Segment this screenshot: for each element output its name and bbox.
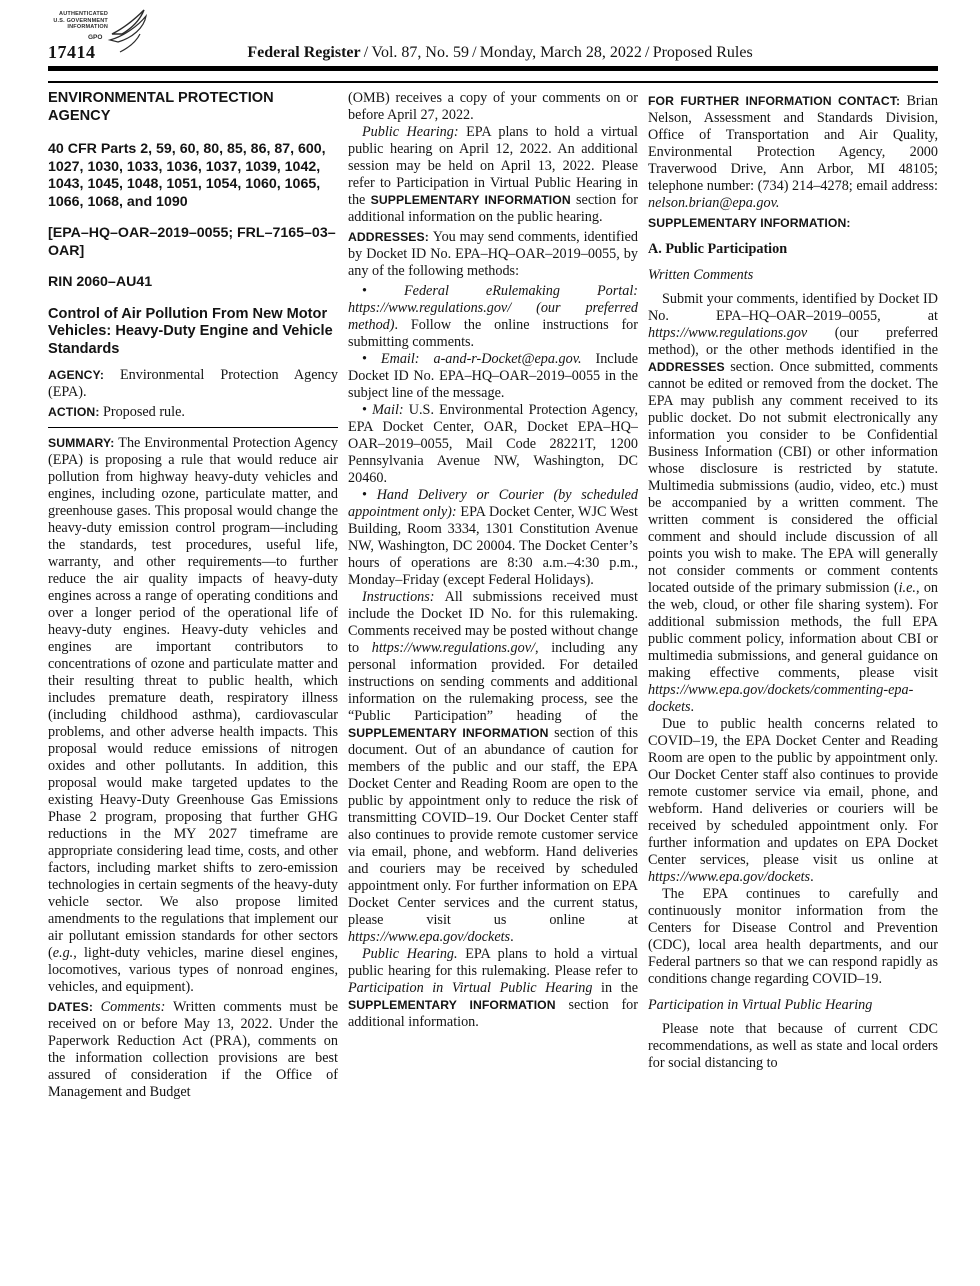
bullet-mail: • Mail: U.S. Environmental Protection Ag… [348, 402, 638, 487]
further-info-contact-paragraph: FOR FURTHER INFORMATION CONTACT: Brian N… [648, 93, 938, 212]
gpo-acronym: GPO [88, 34, 102, 41]
section-divider [48, 427, 338, 428]
docket-id-heading: [EPA–HQ–OAR–2019–0055; FRL–7165–03–OAR] [48, 225, 338, 260]
virtual-hearing-paragraph: Please note that because of current CDC … [648, 1021, 938, 1072]
subheading-virtual-public-hearing: Participation in Virtual Public Hearing [648, 997, 938, 1014]
column-2: (OMB) receives a copy of your comments o… [348, 90, 638, 1248]
header-issue-info: / Vol. 87, No. 59 / Monday, March 28, 20… [361, 44, 753, 61]
journal-name: Federal Register [247, 44, 360, 61]
bullet-email: • Email: a-and-r-Docket@epa.gov. Include… [348, 351, 638, 402]
section-heading-public-participation: A. Public Participation [648, 241, 938, 258]
cfr-parts-heading: 40 CFR Parts 2, 59, 60, 80, 85, 86, 87, … [48, 141, 338, 211]
supplementary-information-label: SUPPLEMENTARY INFORMATION: [648, 215, 938, 232]
bullet-hand-delivery: • Hand Delivery or Courier (by scheduled… [348, 487, 638, 589]
subheading-written-comments: Written Comments [648, 267, 938, 284]
addresses-paragraph: ADDRESSES: You may send comments, identi… [348, 229, 638, 280]
document-body: ENVIRONMENTAL PROTECTION AGENCY40 CFR Pa… [48, 90, 938, 1248]
dates-paragraph: DATES: Comments: Written comments must b… [48, 999, 338, 1101]
written-comments-paragraph: Submit your comments, identified by Dock… [648, 291, 938, 716]
rin-heading: RIN 2060–AU41 [48, 274, 338, 292]
federal-register-page: AUTHENTICATED U.S. GOVERNMENT INFORMATIO… [0, 0, 980, 1286]
column-3: FOR FURTHER INFORMATION CONTACT: Brian N… [648, 90, 938, 1248]
omb-continuation-paragraph: (OMB) receives a copy of your comments o… [348, 90, 638, 124]
action-paragraph: ACTION: Proposed rule. [48, 404, 338, 421]
bullet-federal-erulemaking: • Federal eRulemaking Portal: https://ww… [348, 283, 638, 351]
summary-paragraph: SUMMARY: The Environmental Protection Ag… [48, 435, 338, 996]
document-title: Control of Air Pollution From New Motor … [48, 306, 338, 359]
instructions-paragraph: Instructions: All submissions received m… [348, 589, 638, 946]
cdc-monitoring-paragraph: The EPA continues to carefully and conti… [648, 886, 938, 988]
agency-paragraph: AGENCY: Environmental Protection Agency … [48, 367, 338, 401]
header-title: Federal Register / Vol. 87, No. 59 / Mon… [140, 44, 860, 62]
column-1: ENVIRONMENTAL PROTECTION AGENCY40 CFR Pa… [48, 90, 338, 1248]
public-hearing-paragraph: Public Hearing: EPA plans to hold a virt… [348, 124, 638, 226]
page-number: 17414 [48, 42, 96, 63]
agency-heading: ENVIRONMENTAL PROTECTION AGENCY [48, 90, 338, 125]
public-hearing-note-paragraph: Public Hearing. EPA plans to hold a virt… [348, 946, 638, 1031]
header-rule [48, 66, 938, 83]
gpo-seal-text: AUTHENTICATED U.S. GOVERNMENT INFORMATIO… [36, 11, 108, 31]
covid-docket-paragraph: Due to public health concerns related to… [648, 716, 938, 886]
